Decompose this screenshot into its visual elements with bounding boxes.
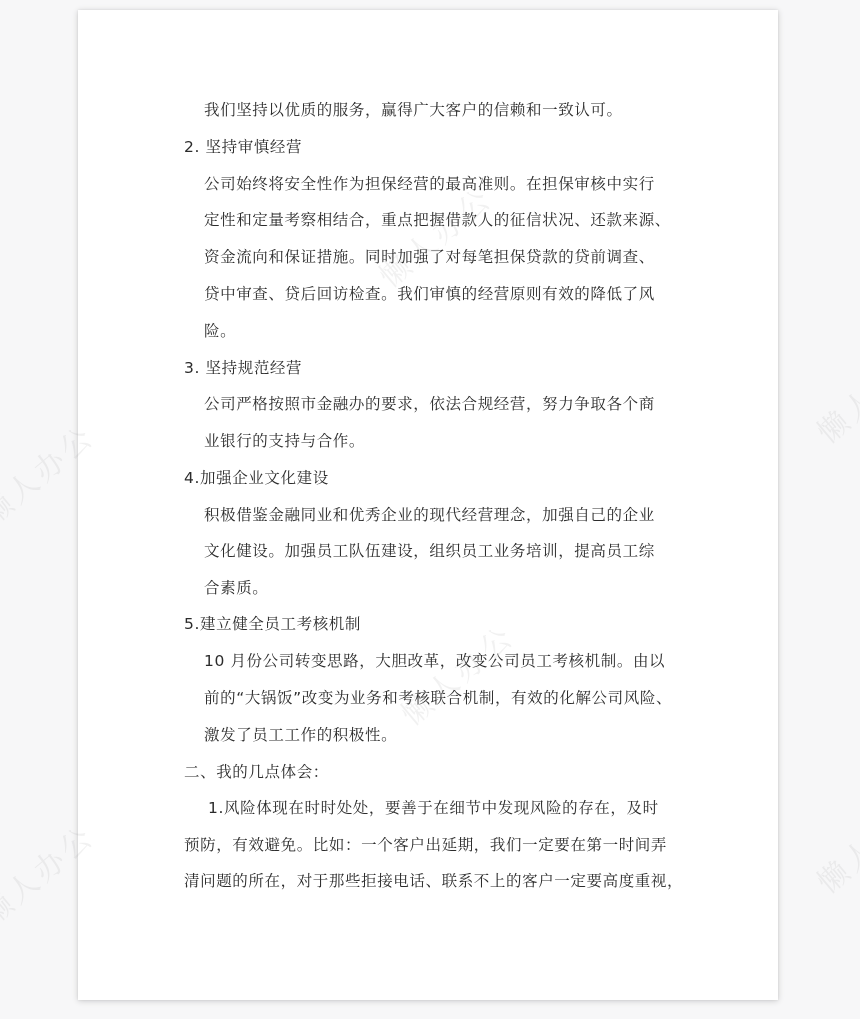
paragraph-line: 激发了员工工作的积极性。: [204, 725, 397, 745]
paragraph-line: 业银行的支持与合作。: [204, 431, 365, 451]
paragraph-line: 贷中审查、贷后回访检查。我们审慎的经营原则有效的降低了风: [204, 284, 655, 304]
paragraph-line: 我们坚持以优质的服务，赢得广大客户的信赖和一致认可。: [204, 100, 623, 120]
paragraph-line: 公司严格按照市金融办的要求，依法合规经营，努力争取各个商: [204, 394, 655, 414]
paragraph-line: 积极借鉴金融同业和优秀企业的现代经营理念，加强自己的企业: [204, 505, 655, 525]
paragraph-line: 公司始终将安全性作为担保经营的最高准则。在担保审核中实行: [204, 174, 655, 194]
watermark-text: 懒人办公: [806, 331, 860, 452]
paragraph-line: 资金流向和保证措施。同时加强了对每笔担保贷款的贷前调查、: [204, 247, 655, 267]
paragraph-line: 合素质。: [204, 578, 268, 598]
paragraph-line: 清问题的所在，对于那些拒接电话、联系不上的客户一定要高度重视，: [184, 871, 683, 891]
paragraph-line: 定性和定量考察相结合，重点把握借款人的征信状况、还款来源、: [204, 210, 671, 230]
paragraph-line: 险。: [204, 321, 236, 341]
watermark-text: 懒人办公: [806, 781, 860, 902]
paragraph-line: 前的“大锅饭”改变为业务和考核联合机制，有效的化解公司风险、: [204, 688, 672, 708]
paragraph-line: 1.风险体现在时时处处，要善于在细节中发现风险的存在，及时: [208, 798, 659, 818]
section-heading: 4.加强企业文化建设: [184, 468, 329, 488]
section-heading: 2. 坚持审慎经营: [184, 137, 302, 157]
section-heading: 5.建立健全员工考核机制: [184, 614, 361, 634]
paragraph-line: 预防，有效避免。比如：一个客户出延期，我们一定要在第一时间弄: [184, 835, 667, 855]
section-heading: 二、我的几点体会：: [184, 762, 329, 782]
document-viewer: 我们坚持以优质的服务，赢得广大客户的信赖和一致认可。2. 坚持审慎经营公司始终将…: [0, 0, 860, 1019]
section-heading: 3. 坚持规范经营: [184, 358, 302, 378]
paragraph-line: 文化健设。加强员工队伍建设，组织员工业务培训，提高员工综: [204, 541, 655, 561]
paragraph-line: 10 月份公司转变思路，大胆改革，改变公司员工考核机制。由以: [204, 651, 665, 671]
